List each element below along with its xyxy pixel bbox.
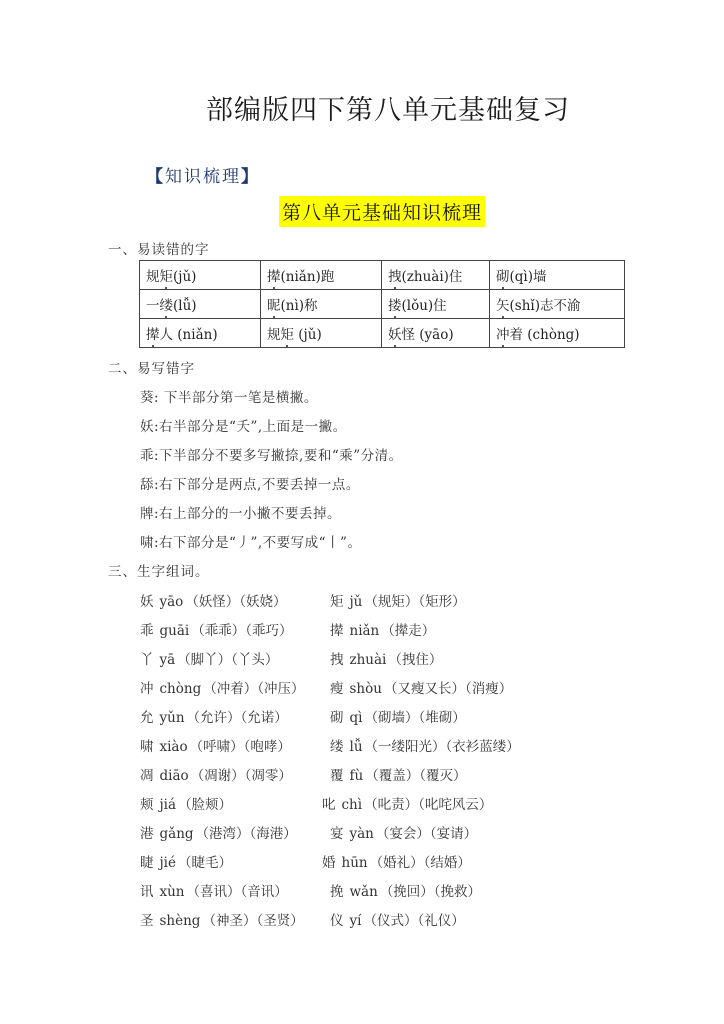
- word-words: （妖怪）（妖娆）: [185, 594, 286, 610]
- word-character: 圣: [140, 913, 154, 929]
- note-item: 啸:右下部分是“丿”,不要写成“丨”。: [140, 531, 361, 551]
- table-cell: 一缕(lǚ): [140, 290, 261, 319]
- cell-pinyin: (qì)墙: [510, 269, 547, 285]
- word-pinyin: xùn: [160, 884, 185, 900]
- word-character: 拽: [330, 652, 344, 668]
- word-pinyin: jiá: [160, 797, 177, 813]
- table-cell: 规矩 (jǔ): [261, 319, 382, 348]
- cell-pinyin: (jǔ): [173, 269, 196, 285]
- note-item: 乖:下半部分不要多写撇捺,要和“乘”分清。: [140, 444, 403, 464]
- cell-pinyin: (jǔ): [294, 327, 322, 343]
- emphasis-dotted-char: 矢: [496, 298, 510, 314]
- emphasis-dotted-char: 昵: [267, 298, 281, 314]
- emphasis-dotted-char: 缕: [160, 298, 174, 314]
- heading-word-building: 三、生字组词。: [108, 560, 210, 580]
- word-list-item: 讯xùn（喜讯）（音讯）: [140, 880, 288, 900]
- word-pinyin: zhuài: [350, 652, 387, 668]
- word-pinyin: fù: [350, 768, 364, 784]
- word-character: 砌: [330, 710, 344, 726]
- table-row: 撵人 (niǎn)规矩 (jǔ)妖怪 (yāo)冲着 (chòng): [140, 319, 625, 348]
- word-words: （宴会）（宴请）: [376, 826, 477, 842]
- word-list-item: 叱chì（叱责）（叱咤风云）: [322, 793, 492, 813]
- word-pinyin: chì: [342, 797, 363, 813]
- note-item: 葵: 下半部分第一笔是横撇。: [140, 386, 318, 406]
- word-character: 覆: [330, 768, 344, 784]
- cell-prefix: 一: [146, 298, 160, 314]
- emphasis-dotted-char: 妖: [388, 327, 402, 343]
- word-list-item: 乖guāi（乖乖）（乖巧）: [140, 619, 292, 639]
- emphasis-dotted-char: 搂: [388, 298, 402, 314]
- cell-pinyin: 人 (niǎn): [160, 327, 218, 343]
- word-character: 丫: [140, 652, 154, 668]
- word-list-item: 港gǎng（港湾）（海港）: [140, 822, 297, 842]
- word-list-item: 覆fù（覆盖）（覆灭）: [330, 764, 466, 784]
- word-character: 凋: [140, 768, 154, 784]
- word-character: 宴: [330, 826, 344, 842]
- word-pinyin: gǎng: [160, 826, 194, 842]
- cell-prefix: 规: [146, 269, 160, 285]
- table-cell: 规矩(jǔ): [140, 261, 261, 290]
- word-pinyin: guāi: [160, 623, 190, 639]
- cell-pinyin: 怪 (yāo): [402, 327, 454, 343]
- table-cell: 搂(lǒu)住: [382, 290, 490, 319]
- word-pinyin: wǎn: [350, 884, 378, 900]
- word-pinyin: jǔ: [350, 594, 363, 610]
- word-character: 允: [140, 710, 154, 726]
- table-cell: 砌(qì)墙: [490, 261, 625, 290]
- word-list-item: 砌qì（砌墙）（堆砌）: [330, 706, 466, 726]
- cell-pinyin: (lǚ): [173, 298, 197, 314]
- word-words: （婚礼）（结婚）: [370, 855, 471, 871]
- word-character: 啸: [140, 739, 154, 755]
- cell-pinyin: (shǐ)志不渝: [510, 298, 581, 314]
- section-tag: 【知识梳理】: [146, 162, 260, 187]
- word-list-item: 允yǔn（允许）（允诺）: [140, 706, 288, 726]
- word-character: 挽: [330, 884, 344, 900]
- word-words: （一缕阳光）（衣衫蓝缕）: [365, 739, 520, 755]
- table-cell: 妖怪 (yāo): [382, 319, 490, 348]
- bracket-close: 】: [241, 167, 260, 187]
- word-words: （凋谢）（凋零）: [191, 768, 292, 784]
- word-words: （又瘦又长）（消瘦）: [384, 681, 512, 697]
- table-row: 一缕(lǚ)昵(nì)称搂(lǒu)住矢(shǐ)志不渝: [140, 290, 625, 319]
- note-item: 舔:右下部分是两点,不要丢掉一点。: [140, 473, 360, 493]
- word-list-item: 啸xiào（呼啸）（咆哮）: [140, 735, 291, 755]
- easy-misread-table: 规矩(jǔ)撵(niǎn)跑拽(zhuài)住砌(qì)墙一缕(lǚ)昵(nì)…: [139, 260, 625, 348]
- word-list-item: 丫yā（脚丫）（丫头）: [140, 648, 278, 668]
- word-list-item: 凋diāo（凋谢）（凋零）: [140, 764, 292, 784]
- word-words: （撵走）: [381, 623, 435, 639]
- word-list-item: 妖yāo（妖怪）（妖娆）: [140, 590, 287, 610]
- note-item: 妖:右半部分是“夭”,上面是一撇。: [140, 415, 347, 435]
- word-pinyin: qì: [350, 710, 363, 726]
- word-list-item: 矩jǔ（规矩）（矩形）: [330, 590, 466, 610]
- note-item: 牌:右上部分的一小撇不要丢掉。: [140, 502, 341, 522]
- word-pinyin: yàn: [350, 826, 374, 842]
- word-words: （睫毛）: [178, 855, 232, 871]
- emphasis-dotted-char: 撵: [267, 269, 281, 285]
- word-pinyin: xiào: [160, 739, 188, 755]
- heading-easy-miswrite: 二、易写错字: [108, 357, 195, 377]
- table-cell: 拽(zhuài)住: [382, 261, 490, 290]
- cell-pinyin: (niǎn)跑: [281, 269, 335, 285]
- word-list-item: 睫jié（睫毛）: [140, 851, 232, 871]
- section-tag-text: 知识梳理: [165, 167, 241, 187]
- word-list-item: 撵niǎn（撵走）: [330, 619, 435, 639]
- word-list-item: 瘦shòu（又瘦又长）（消瘦）: [330, 677, 512, 697]
- table-cell: 矢(shǐ)志不渝: [490, 290, 625, 319]
- word-words: （叱责）（叱咤风云）: [364, 797, 492, 813]
- cell-pinyin: (zhuài)住: [402, 269, 463, 285]
- word-character: 婚: [322, 855, 336, 871]
- word-pinyin: yǔn: [160, 710, 185, 726]
- word-words: （脚丫）（丫头）: [177, 652, 278, 668]
- cell-pinyin: (nì)称: [281, 298, 318, 314]
- emphasis-dotted-char: 砌: [496, 269, 510, 285]
- emphasis-dotted-char: 撵: [146, 327, 160, 343]
- word-character: 撵: [330, 623, 344, 639]
- table-cell: 冲着 (chòng): [490, 319, 625, 348]
- emphasis-dotted-char: 矩: [160, 269, 174, 285]
- highlighted-subtitle: 第八单元基础知识梳理: [279, 196, 485, 227]
- word-pinyin: diāo: [160, 768, 189, 784]
- word-words: （港湾）（海港）: [196, 826, 297, 842]
- word-pinyin: hūn: [342, 855, 368, 871]
- word-list-item: 婚hūn（婚礼）（结婚）: [322, 851, 471, 871]
- word-character: 冲: [140, 681, 154, 697]
- word-character: 仪: [330, 913, 344, 929]
- word-list-item: 缕lǚ（一缕阳光）（衣衫蓝缕）: [330, 735, 520, 755]
- word-words: （冲着）（冲压）: [203, 681, 304, 697]
- emphasis-dotted-char: 冲: [496, 327, 510, 343]
- table-cell: 撵人 (niǎn): [140, 319, 261, 348]
- word-character: 妖: [140, 594, 154, 610]
- word-pinyin: yí: [350, 913, 362, 929]
- word-words: （砌墙）（堆砌）: [364, 710, 465, 726]
- word-words: （乖乖）（乖巧）: [191, 623, 292, 639]
- word-pinyin: shòu: [350, 681, 382, 697]
- word-character: 缕: [330, 739, 344, 755]
- word-pinyin: lǚ: [350, 739, 363, 755]
- table-cell: 昵(nì)称: [261, 290, 382, 319]
- emphasis-dotted-char: 拽: [388, 269, 402, 285]
- word-pinyin: shèng: [160, 913, 201, 929]
- word-list-item: 颊jiá（脸颊）: [140, 793, 232, 813]
- word-character: 讯: [140, 884, 154, 900]
- word-words: （神圣）（圣贤）: [202, 913, 303, 929]
- word-character: 乖: [140, 623, 154, 639]
- word-list-item: 圣shèng（神圣）（圣贤）: [140, 909, 304, 929]
- word-pinyin: niǎn: [350, 623, 380, 639]
- word-character: 睫: [140, 855, 154, 871]
- word-character: 港: [140, 826, 154, 842]
- word-list-item: 拽zhuài（拽住）: [330, 648, 442, 668]
- word-list-item: 宴yàn（宴会）（宴请）: [330, 822, 477, 842]
- cell-pinyin: (lǒu)住: [402, 298, 447, 314]
- word-pinyin: yā: [160, 652, 176, 668]
- table-row: 规矩(jǔ)撵(niǎn)跑拽(zhuài)住砌(qì)墙: [140, 261, 625, 290]
- cell-pinyin: 着 (chòng): [510, 327, 580, 343]
- word-character: 颊: [140, 797, 154, 813]
- word-words: （覆盖）（覆灭）: [365, 768, 466, 784]
- heading-easy-misread: 一、易读错的字: [108, 238, 210, 258]
- bracket-open: 【: [146, 167, 165, 187]
- word-pinyin: yāo: [160, 594, 184, 610]
- cell-prefix: 规: [267, 327, 281, 343]
- word-list-item: 冲chòng（冲着）（冲压）: [140, 677, 304, 697]
- word-words: （喜讯）（音讯）: [187, 884, 288, 900]
- table-cell: 撵(niǎn)跑: [261, 261, 382, 290]
- emphasis-dotted-char: 矩: [281, 327, 295, 343]
- word-words: （挽回）（挽救）: [380, 884, 481, 900]
- word-list-item: 挽wǎn（挽回）（挽救）: [330, 880, 481, 900]
- word-words: （仪式）（礼仪）: [363, 913, 464, 929]
- word-pinyin: chòng: [160, 681, 202, 697]
- subtitle-wrap: 第八单元基础知识梳理: [0, 196, 724, 227]
- word-words: （脸颊）: [178, 797, 232, 813]
- word-list-item: 仪yí（仪式）（礼仪）: [330, 909, 465, 929]
- word-character: 瘦: [330, 681, 344, 697]
- word-words: （拽住）: [388, 652, 442, 668]
- word-words: （呼啸）（咆哮）: [190, 739, 291, 755]
- word-character: 叱: [322, 797, 336, 813]
- word-character: 矩: [330, 594, 344, 610]
- page-title: 部编版四下第八单元基础复习: [0, 88, 724, 127]
- word-words: （规矩）（矩形）: [364, 594, 465, 610]
- word-pinyin: jié: [160, 855, 177, 871]
- word-words: （允许）（允诺）: [187, 710, 288, 726]
